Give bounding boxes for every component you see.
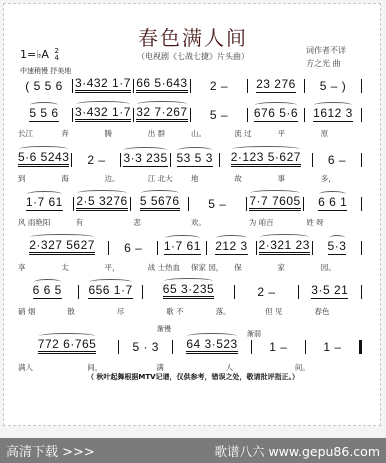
- tempo-marking: 中速稍慢 抒美地: [20, 66, 71, 76]
- staff-row-6: 6 6 5 656 1·7 65 3·235 2 – 3·5 21: [18, 285, 364, 299]
- staff-row-4: 1·7 61 2·5 3276 5 5676 5 – 7·7 7605 6 6 …: [18, 197, 364, 211]
- key-signature: 1=♭A 2 4: [20, 48, 59, 62]
- lyrics-row-3: 到海边。江 北大地故事多，: [18, 173, 364, 184]
- lyrics-row-4: 风 雨艳阳有悲欢。为 咱百姓 呀: [18, 217, 364, 228]
- lyrics-row-2: 长江奔腾出 群山。流 过平原: [18, 128, 364, 139]
- hd-download-link[interactable]: 高清下载 >>>: [6, 441, 95, 460]
- staff-row-2: 5 5 6 3·432 1·7 32 7·267 5 – 676 5·6 161…: [18, 108, 364, 122]
- measure: 66 5·643: [136, 76, 188, 93]
- staff-row-1: ( 5 5 6 3·432 1·7 66 5·643 2 – 23 276 5 …: [18, 79, 364, 93]
- diminuendo-mark: 渐弱: [247, 329, 261, 339]
- staff-row-7: 772 6·765 5 · 3 64 3·523 1 – 1 –: [18, 340, 364, 354]
- staff-row-3: 5·6 5243 2 – 3·3 235 53 5 3 2·123 5·627 …: [18, 153, 364, 167]
- lyrics-row-5: 享太平，战 士热血保家 园，保家园。: [18, 262, 364, 273]
- measure: 5 – ): [307, 79, 359, 93]
- staff-row-5: 2·327 5627 6 – 1·7 61 212 3 2·321 23 5·3: [18, 241, 364, 255]
- transcription-note: （ 秋叶起舞根据MTV记谱，仅供参考，错误之处，敬请批评指正。）: [0, 372, 386, 382]
- site-link[interactable]: 歌谱八六 www.gepu86.com: [214, 442, 380, 460]
- key-label: 1=♭A: [20, 48, 49, 61]
- measure: ( 5 5 6: [18, 79, 70, 93]
- time-signature: 2 4: [54, 48, 58, 62]
- measure: 23 276: [250, 77, 302, 93]
- credits: 词作者不详 方之光 曲: [306, 44, 346, 70]
- measure: 3·432 1·7: [75, 76, 131, 93]
- footer-bar: 高清下载 >>> 歌谱八六 www.gepu86.com: [0, 438, 386, 463]
- lyricist: 词作者不详: [306, 44, 346, 57]
- composer: 方之光 曲: [306, 57, 346, 70]
- measure: 2 –: [193, 79, 245, 93]
- lyrics-row-6: 硝 烟散尽歌 不落。但 见春色: [18, 306, 364, 317]
- ritardando-mark: 渐慢: [157, 324, 171, 334]
